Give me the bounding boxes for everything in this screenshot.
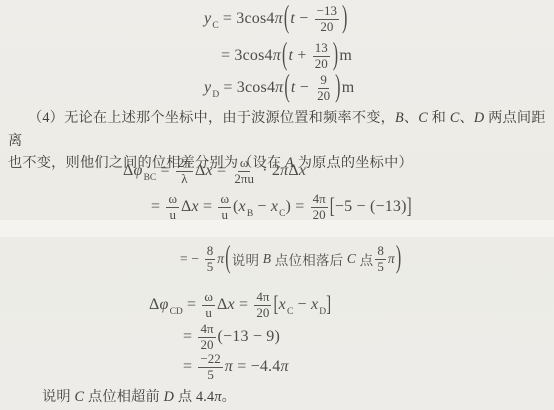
roman-text: − [296, 79, 314, 97]
fraction-denominator: 5 [205, 260, 216, 275]
fraction: ωu [166, 192, 179, 222]
paren-group: (t + 1320) [281, 41, 339, 71]
italic-text: π [280, 162, 288, 180]
equation-dphi-bc-result: = − 85π(说明 B 点位相落后 C 点85π) [180, 243, 402, 275]
roman-text: + [293, 47, 311, 65]
variable-subscript: B [247, 209, 253, 219]
roman-text: −5 − (−13) [335, 198, 407, 216]
roman-text: − [253, 198, 271, 216]
variable: xD [311, 296, 326, 314]
fraction-numerator: 9 [318, 73, 329, 89]
variable: xC [271, 198, 286, 216]
roman-text: = [151, 198, 164, 216]
roman-text: 和 [428, 110, 450, 126]
close-paren: ) [335, 70, 341, 105]
variable: yC [204, 10, 219, 28]
variable-subscript: C [279, 209, 285, 219]
fraction-numerator: −22 [198, 352, 222, 368]
equation-yc-line1: yC = 3cos4π(t − −1320) [204, 3, 349, 35]
paren-group: (t − 920) [283, 73, 341, 103]
roman-text: = − [180, 251, 203, 267]
roman-text: m [342, 79, 355, 97]
paren-content: t − −1320 [290, 4, 341, 34]
variable-subscript: CD [170, 307, 183, 317]
variable-subscript: D [319, 307, 326, 317]
italic-text: x [205, 162, 212, 180]
variable-subscript: D [212, 90, 219, 100]
italic-text: π [217, 251, 224, 267]
roman-text: = 3cos4 [219, 79, 275, 97]
square-bracket: [ [273, 292, 278, 318]
fraction-denominator: 20 [311, 208, 328, 223]
fraction: ωu [202, 290, 215, 320]
fraction-denominator: 20 [313, 57, 330, 72]
italic-text: π [388, 251, 395, 267]
variable: xB [239, 198, 254, 216]
fraction: 4π20 [254, 290, 271, 320]
roman-text: （4）无论在上述那个坐标中，由于波源位置和频率不变， [28, 110, 395, 126]
open-paren: ( [225, 241, 231, 276]
roman-text: − [293, 296, 311, 314]
roman-text: Δ [288, 162, 299, 180]
paren-content: t + 1320 [289, 41, 332, 71]
fraction: 2πλ [176, 156, 193, 186]
fraction: 1320 [313, 41, 330, 71]
italic-text: D [474, 110, 484, 126]
variable: yD [204, 79, 219, 97]
paren-group: (t − −1320) [283, 4, 349, 34]
fraction-denominator: u [219, 208, 230, 223]
roman-text: Δ [123, 162, 134, 180]
fraction: 4π20 [198, 322, 215, 352]
variable: xC [279, 296, 294, 314]
fraction-numerator: ω [166, 192, 179, 208]
fraction-denominator: u [203, 306, 214, 321]
roman-text: Δ [195, 162, 206, 180]
variable-subscript: BC [144, 173, 157, 183]
paren-content: 说明 B 点位相落后 C 点85π [232, 244, 395, 274]
italic-text: π [275, 10, 283, 28]
paren-group: (说明 B 点位相落后 C 点85π) [224, 244, 402, 274]
equation-dphi-cd-line1: ΔφCD = ωuΔx = 4π20[xC − xD] [149, 289, 331, 321]
conclusion-line: 说明 C 点位相超前 D 点 4.4π。 [42, 386, 236, 406]
fraction-denominator: u [167, 208, 178, 223]
equation-dphi-bc-line2: = ωuΔx = ωu(xB − xC) = 4π20[−5 − (−13)] [151, 191, 412, 223]
open-paren: ( [282, 38, 288, 73]
roman-text: = [183, 296, 201, 314]
roman-text: 、 [404, 110, 418, 126]
fraction: −225 [198, 352, 222, 382]
fraction: 920 [315, 73, 332, 103]
fraction-denominator: 2πu [232, 172, 256, 187]
italic-text: π [225, 358, 233, 376]
fraction-numerator: ω [202, 290, 215, 306]
roman-text: 说明 [42, 389, 75, 405]
italic-text: C [347, 251, 356, 267]
fraction-numerator: 13 [313, 41, 330, 57]
italic-text: x [192, 198, 199, 216]
roman-text: Δ [217, 296, 228, 314]
roman-text: ) = [285, 198, 308, 216]
roman-text: = [183, 358, 196, 376]
variable-subscript: C [287, 307, 293, 317]
italic-text: B [263, 251, 271, 267]
roman-text: 说明 [232, 249, 263, 269]
scanned-textbook-page: { "page": { "background_color": "#edebe7… [0, 0, 554, 410]
fraction-numerator: 4π [254, 290, 271, 306]
fraction-numerator: ω [238, 156, 251, 172]
fraction: ωu [218, 192, 231, 222]
fraction: −1320 [315, 4, 339, 34]
paragraph-4-line1: （4）无论在上述那个坐标中，由于波源位置和频率不变，B、C 和 C、D 两点间距… [8, 107, 552, 152]
variable-subscript: C [212, 21, 218, 31]
roman-text: = [235, 296, 253, 314]
square-bracket: ] [326, 292, 331, 318]
fraction-numerator: 4π [311, 192, 328, 208]
italic-text: D [164, 389, 174, 405]
fraction-numerator: 8 [205, 244, 216, 260]
fraction-denominator: 5 [375, 260, 386, 275]
fraction-denominator: 20 [254, 306, 271, 321]
roman-text: = −4.4 [233, 358, 280, 376]
italic-text: B [395, 110, 404, 126]
roman-text: 、 [459, 110, 473, 126]
fraction-numerator: 4π [198, 322, 215, 338]
fraction-numerator: 2π [176, 156, 193, 172]
roman-text: 点 4.4 [174, 389, 214, 405]
fraction-numerator: −13 [315, 4, 339, 20]
roman-text: 点 [356, 249, 373, 269]
roman-text: − [295, 10, 313, 28]
fraction: ω2πu [232, 156, 256, 186]
fraction-denominator: 20 [315, 89, 332, 104]
italic-text: π [280, 358, 288, 376]
roman-text: 点位相超前 [84, 389, 163, 405]
equation-yd-line: yD = 3cos4π(t − 920)m [204, 72, 354, 104]
roman-text: Δ [181, 198, 192, 216]
roman-text: = [213, 162, 231, 180]
variable: φCD [160, 296, 183, 314]
italic-text: x [299, 162, 306, 180]
open-paren: ( [284, 1, 290, 36]
equation-dphi-bc-line1: ΔφBC = 2πλΔx = ω2πu · 2πΔx [123, 155, 306, 187]
roman-text: m [339, 47, 352, 65]
italic-text: π [275, 79, 283, 97]
roman-text: = [156, 162, 174, 180]
fraction: 4π20 [311, 192, 328, 222]
fraction-denominator: 5 [205, 368, 216, 383]
roman-text: = 3cos4 [219, 10, 275, 28]
fraction-numerator: 8 [375, 244, 386, 260]
close-paren: ) [333, 38, 339, 73]
fraction: 85 [205, 244, 216, 274]
italic-text: π [214, 389, 221, 405]
roman-text: · 2 [258, 162, 280, 180]
equation-yc-line2: = 3cos4π(t + 1320)m [221, 40, 352, 72]
equation-dphi-cd-line2: = 4π20(−13 − 9) [183, 321, 280, 353]
close-paren: ) [396, 241, 402, 276]
italic-text: C [418, 110, 428, 126]
fraction-denominator: λ [179, 172, 189, 187]
variable: φBC [134, 162, 157, 180]
italic-text: x [227, 296, 234, 314]
fraction-numerator: ω [218, 192, 231, 208]
equation-dphi-cd-result: = −225π = −4.4π [183, 351, 289, 383]
roman-text: = [199, 198, 217, 216]
roman-text: 为原点的坐标中） [294, 155, 413, 171]
fraction-denominator: 20 [198, 338, 215, 353]
fraction-denominator: 20 [318, 20, 335, 35]
roman-text: Δ [149, 296, 160, 314]
roman-text: 点位相落后 [271, 249, 347, 269]
roman-text: (−13 − 9) [218, 328, 281, 346]
square-bracket: [ [330, 194, 335, 220]
close-paren: ) [342, 1, 348, 36]
roman-text: 。 [222, 389, 236, 405]
fraction: 85 [375, 244, 386, 274]
open-paren: ( [284, 70, 290, 105]
square-bracket: ] [407, 194, 412, 220]
italic-text: π [273, 47, 281, 65]
paren-content: t − 920 [291, 73, 334, 103]
roman-text: = [183, 328, 196, 346]
roman-text: = 3cos4 [221, 47, 273, 65]
italic-text: C [75, 389, 85, 405]
